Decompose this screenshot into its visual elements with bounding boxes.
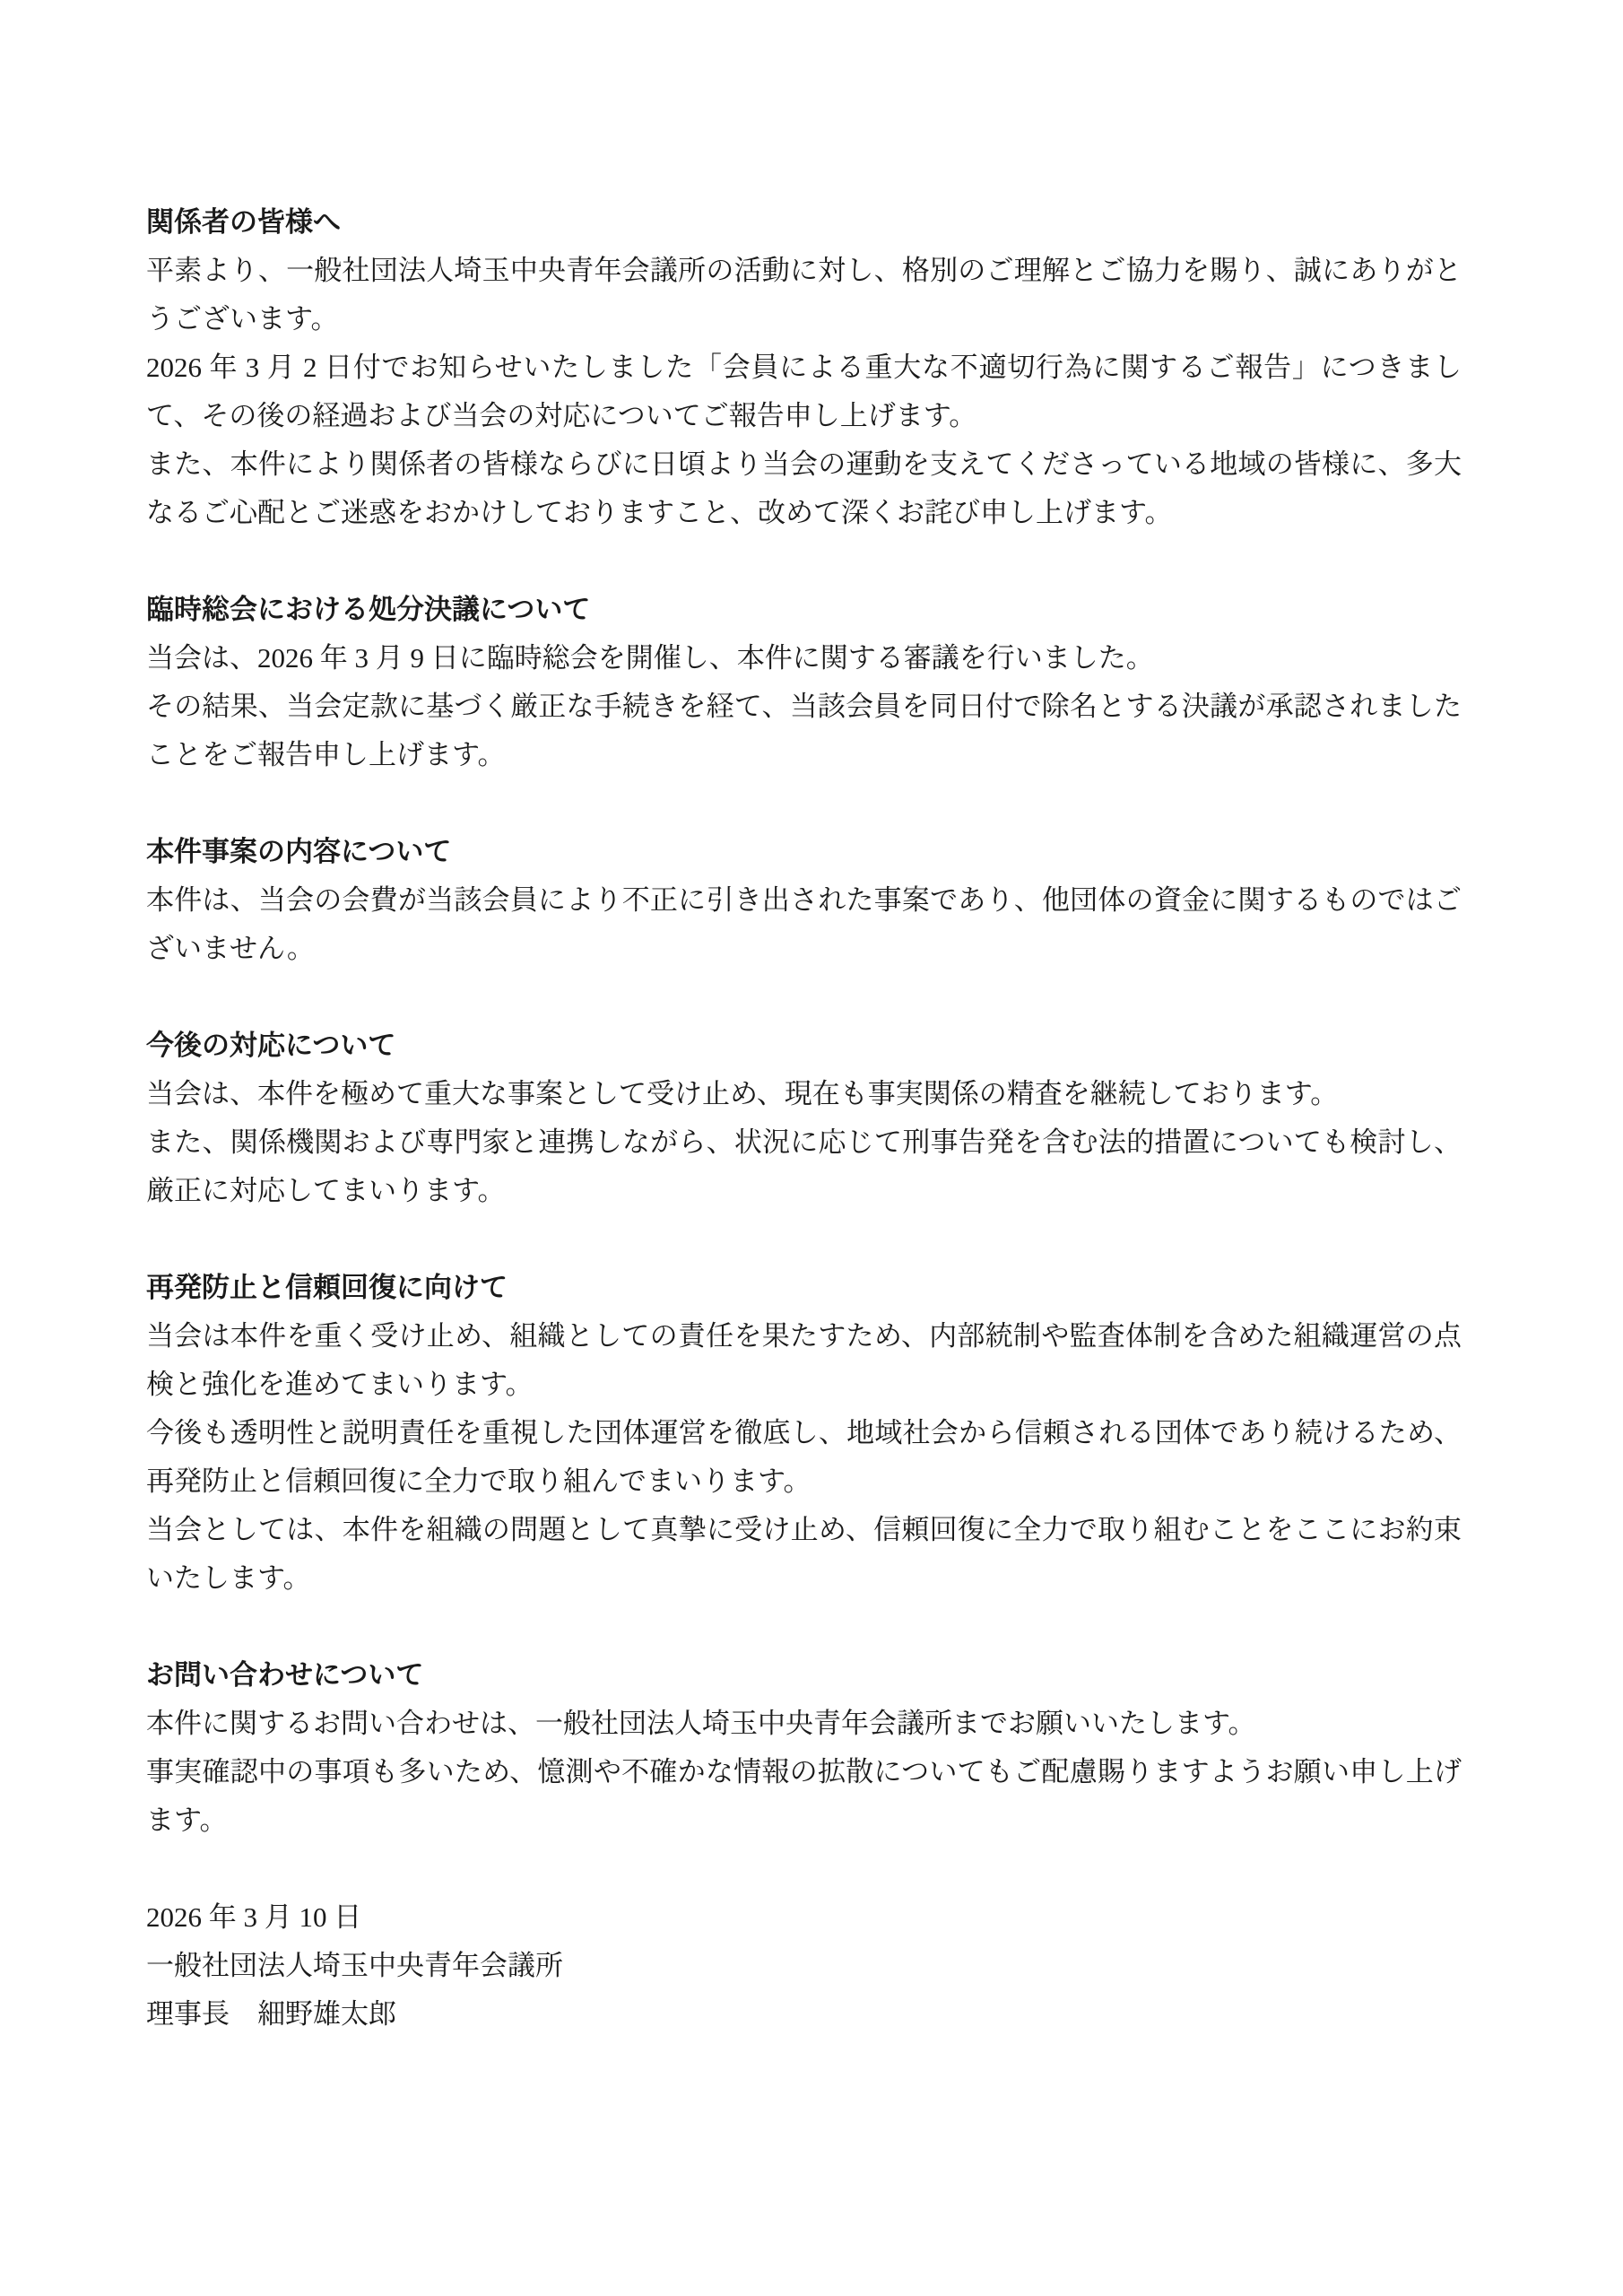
- section-heading: 今後の対応について: [146, 1022, 1462, 1070]
- section-paragraph: その結果、当会定款に基づく厳正な手続きを経て、当該会員を同日付で除名とする決議が…: [146, 683, 1462, 779]
- section-heading: 関係者の皆様へ: [146, 198, 1462, 247]
- signature-signer: 理事長 細野雄太郎: [146, 1990, 1462, 2039]
- document-section: 臨時総会における処分決議について当会は、2026 年 3 月 9 日に臨時総会を…: [146, 586, 1462, 779]
- section-paragraph: 本件に関するお問い合わせは、一般社団法人埼玉中央青年会議所までお願いいたします。: [146, 1700, 1462, 1748]
- document-section: お問い合わせについて本件に関するお問い合わせは、一般社団法人埼玉中央青年会議所ま…: [146, 1651, 1462, 1845]
- signature-block: 2026 年 3 月 10 日 一般社団法人埼玉中央青年会議所 理事長 細野雄太…: [146, 1893, 1462, 2039]
- document-section: 本件事案の内容について本件は、当会の会費が当該会員により不正に引き出された事案で…: [146, 828, 1462, 973]
- section-paragraph: 当会は、本件を極めて重大な事案として受け止め、現在も事実関係の精査を継続しており…: [146, 1070, 1462, 1118]
- section-paragraph: 平素より、一般社団法人埼玉中央青年会議所の活動に対し、格別のご理解とご協力を賜り…: [146, 247, 1462, 344]
- document-section: 今後の対応について当会は、本件を極めて重大な事案として受け止め、現在も事実関係の…: [146, 1022, 1462, 1215]
- section-heading: 本件事案の内容について: [146, 828, 1462, 876]
- section-paragraph: 当会は本件を重く受け止め、組織としての責任を果たすため、内部統制や監査体制を含め…: [146, 1312, 1462, 1409]
- signature-organization: 一般社団法人埼玉中央青年会議所: [146, 1942, 1462, 1990]
- document-section: 再発防止と信頼回復に向けて当会は本件を重く受け止め、組織としての責任を果たすため…: [146, 1264, 1462, 1603]
- section-paragraph: 2026 年 3 月 2 日付でお知らせいたしました「会員による重大な不適切行為…: [146, 344, 1462, 440]
- document-page: 関係者の皆様へ平素より、一般社団法人埼玉中央青年会議所の活動に対し、格別のご理解…: [0, 0, 1623, 2296]
- section-paragraph: 当会としては、本件を組織の問題として真摯に受け止め、信頼回復に全力で取り組むこと…: [146, 1506, 1462, 1603]
- section-paragraph: 本件は、当会の会費が当該会員により不正に引き出された事案であり、他団体の資金に関…: [146, 876, 1462, 973]
- section-heading: 臨時総会における処分決議について: [146, 586, 1462, 634]
- section-paragraph: 当会は、2026 年 3 月 9 日に臨時総会を開催し、本件に関する審議を行いま…: [146, 634, 1462, 683]
- section-paragraph: 事実確認中の事項も多いため、憶測や不確かな情報の拡散についてもご配慮賜りますよう…: [146, 1748, 1462, 1845]
- section-heading: お問い合わせについて: [146, 1651, 1462, 1700]
- section-paragraph: 今後も透明性と説明責任を重視した団体運営を徹底し、地域社会から信頼される団体であ…: [146, 1409, 1462, 1506]
- section-heading: 再発防止と信頼回復に向けて: [146, 1264, 1462, 1312]
- document-sections: 関係者の皆様へ平素より、一般社団法人埼玉中央青年会議所の活動に対し、格別のご理解…: [146, 198, 1462, 1845]
- section-paragraph: また、本件により関係者の皆様ならびに日頃より当会の運動を支えてくださっている地域…: [146, 440, 1462, 537]
- section-paragraph: また、関係機関および専門家と連携しながら、状況に応じて刑事告発を含む法的措置につ…: [146, 1118, 1462, 1215]
- signature-date: 2026 年 3 月 10 日: [146, 1893, 1462, 1942]
- document-section: 関係者の皆様へ平素より、一般社団法人埼玉中央青年会議所の活動に対し、格別のご理解…: [146, 198, 1462, 537]
